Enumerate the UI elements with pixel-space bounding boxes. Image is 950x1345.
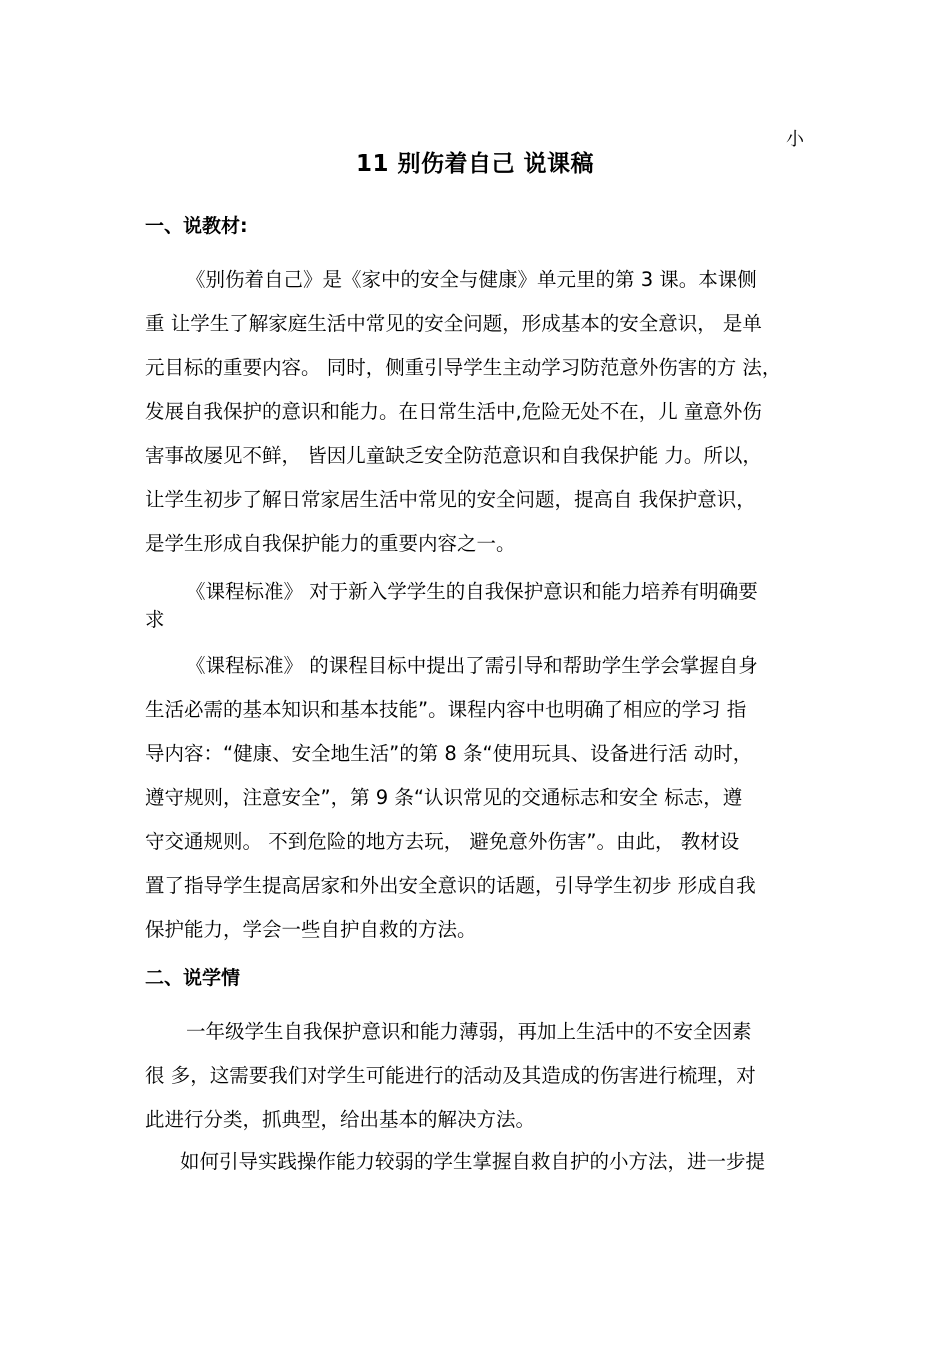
paragraph-line: 《别伤着自己》是《家中的安全与健康》单元里的第 3 课。本课侧 [186, 266, 757, 294]
paragraph-line: 遵守规则，注意安全”，第 9 条“认识常见的交通标志和安全 标志，遵 [145, 784, 742, 812]
paragraph-line: 重 让学生了解家庭生活中常见的安全问题，形成基本的安全意识， 是单 [145, 310, 762, 338]
document-page: 小 11 别伤着自己 说课稿 一、说教材: 《别伤着自己》是《家中的安全与健康》… [0, 0, 950, 1345]
paragraph-line: 元目标的重要内容。 同时，侧重引导学生主动学习防范意外伤害的方 法， [145, 354, 781, 382]
paragraph-line: 《课程标准》 对于新入学学生的自我保护意识和能力培养有明确要 [186, 578, 758, 606]
paragraph-line: 置了指导学生提高居家和外出安全意识的话题，引导学生初步 形成自我 [145, 872, 756, 900]
paragraph-line: 很 多，这需要我们对学生可能进行的活动及其造成的伤害进行梳理，对 [145, 1062, 756, 1090]
paragraph-line: 让学生初步了解日常家居生活中常见的安全问题，提高自 我保护意识， [145, 486, 756, 514]
paragraph-line: 害事故屡见不鲜， 皆因儿童缺乏安全防范意识和自我保护能 力。所以， [145, 442, 762, 470]
paragraph-line: 发展自我保护的意识和能力。在日常生活中,危险无处不在，儿 童意外伤 [145, 398, 762, 426]
paragraph-line: 《课程标准》 的课程目标中提出了需引导和帮助学生学会掌握自身 [186, 652, 758, 680]
paragraph-line: 导内容：“健康、安全地生活”的第 8 条“使用玩具、设备进行活 动时， [145, 740, 752, 768]
paragraph-line: 守交通规则。 不到危险的地方去玩， 避免意外伤害”。由此， 教材设 [145, 828, 739, 856]
paragraph-line: 保护能力，学会一些自护自救的方法。 [145, 916, 477, 944]
paragraph-line: 如何引导实践操作能力较弱的学生掌握自救自护的小方法，进一步提 [180, 1148, 765, 1176]
section-heading-textbook: 一、说教材: [145, 212, 248, 240]
section-heading-students: 二、说学情 [145, 964, 240, 992]
paragraph-line: 一年级学生自我保护意识和能力薄弱，再加上生活中的不安全因素 [186, 1018, 752, 1046]
document-title: 11 别伤着自己 说课稿 [0, 148, 950, 180]
paragraph-line: 是学生形成自我保护能力的重要内容之一。 [145, 530, 516, 558]
paragraph-line: 生活必需的基本知识和基本技能”。课程内容中也明确了相应的学习 指 [145, 696, 746, 724]
paragraph-line: 求 [145, 606, 165, 634]
paragraph-line: 此进行分类，抓典型，给出基本的解决方法。 [145, 1106, 535, 1134]
